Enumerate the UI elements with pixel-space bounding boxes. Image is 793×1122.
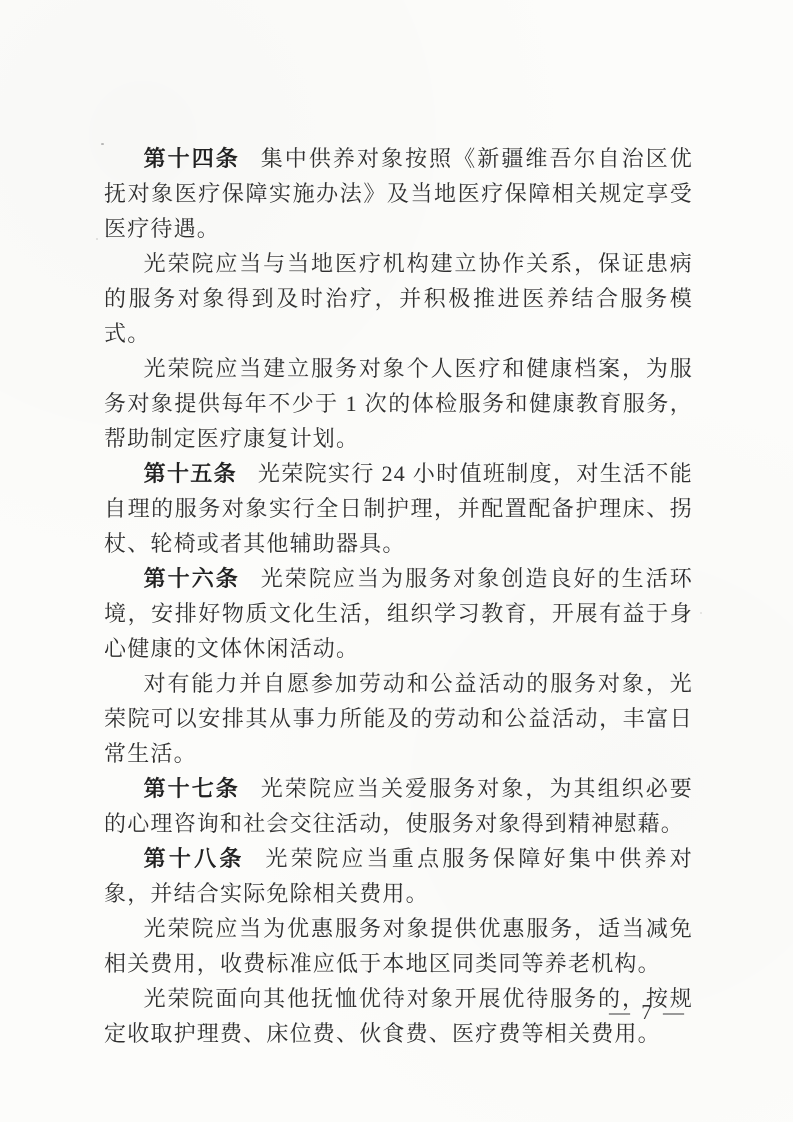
paragraph-article-16: 第十六条光荣院应当为服务对象创造良好的生活环境，安排好物质文化生活，组织学习教育…: [104, 561, 693, 666]
paragraph: 光荣院面向其他抚恤优待对象开展优待服务的，按规定收取护理费、床位费、伙食费、医疗…: [104, 981, 693, 1051]
paragraph-article-15: 第十五条光荣院实行 24 小时值班制度，对生活不能自理的服务对象实行全日制护理，…: [104, 456, 693, 561]
article-number: 第十七条: [144, 776, 240, 801]
paragraph-text: 对有能力并自愿参加劳动和公益活动的服务对象，光荣院可以安排其从事力所能及的劳动和…: [104, 671, 693, 766]
article-number: 第十六条: [144, 566, 240, 591]
paragraph: 光荣院应当为优惠服务对象提供优惠服务，适当减免相关费用，收费标准应低于本地区同类…: [104, 911, 693, 981]
paragraph-text: 光荣院面向其他抚恤优待对象开展优待服务的，按规定收取护理费、床位费、伙食费、医疗…: [104, 986, 693, 1046]
paragraph: 光荣院应当建立服务对象个人医疗和健康档案，为服务对象提供每年不少于 1 次的体检…: [104, 351, 693, 456]
scan-speck: [96, 238, 98, 240]
article-number: 第十四条: [144, 146, 240, 171]
scan-speck: [700, 612, 702, 614]
paragraph: 光荣院应当与当地医疗机构建立协作关系，保证患病的服务对象得到及时治疗，并积极推进…: [104, 246, 693, 351]
paragraph-text: 光荣院应当建立服务对象个人医疗和健康档案，为服务对象提供每年不少于 1 次的体检…: [104, 356, 693, 451]
article-number: 第十五条: [144, 461, 237, 486]
paragraph: 对有能力并自愿参加劳动和公益活动的服务对象，光荣院可以安排其从事力所能及的劳动和…: [104, 666, 693, 771]
scanned-document-page: 第十四条集中供养对象按照《新疆维吾尔自治区优抚对象医疗保障实施办法》及当地医疗保…: [0, 0, 793, 1122]
paragraph-article-18: 第十八条光荣院应当重点服务保障好集中供养对象，并结合实际免除相关费用。: [104, 841, 693, 911]
page-number: — 7 —: [609, 1000, 687, 1025]
article-number: 第十八条: [144, 846, 245, 871]
paragraph-text: 光荣院应当与当地医疗机构建立协作关系，保证患病的服务对象得到及时治疗，并积极推进…: [104, 251, 693, 346]
paragraph-text: 光荣院应当为优惠服务对象提供优惠服务，适当减免相关费用，收费标准应低于本地区同类…: [104, 916, 693, 976]
paragraph-article-17: 第十七条光荣院应当关爱服务对象，为其组织必要的心理咨询和社会交往活动，使服务对象…: [104, 771, 693, 841]
paragraph-article-14: 第十四条集中供养对象按照《新疆维吾尔自治区优抚对象医疗保障实施办法》及当地医疗保…: [104, 141, 693, 246]
document-body: 第十四条集中供养对象按照《新疆维吾尔自治区优抚对象医疗保障实施办法》及当地医疗保…: [104, 141, 693, 1051]
